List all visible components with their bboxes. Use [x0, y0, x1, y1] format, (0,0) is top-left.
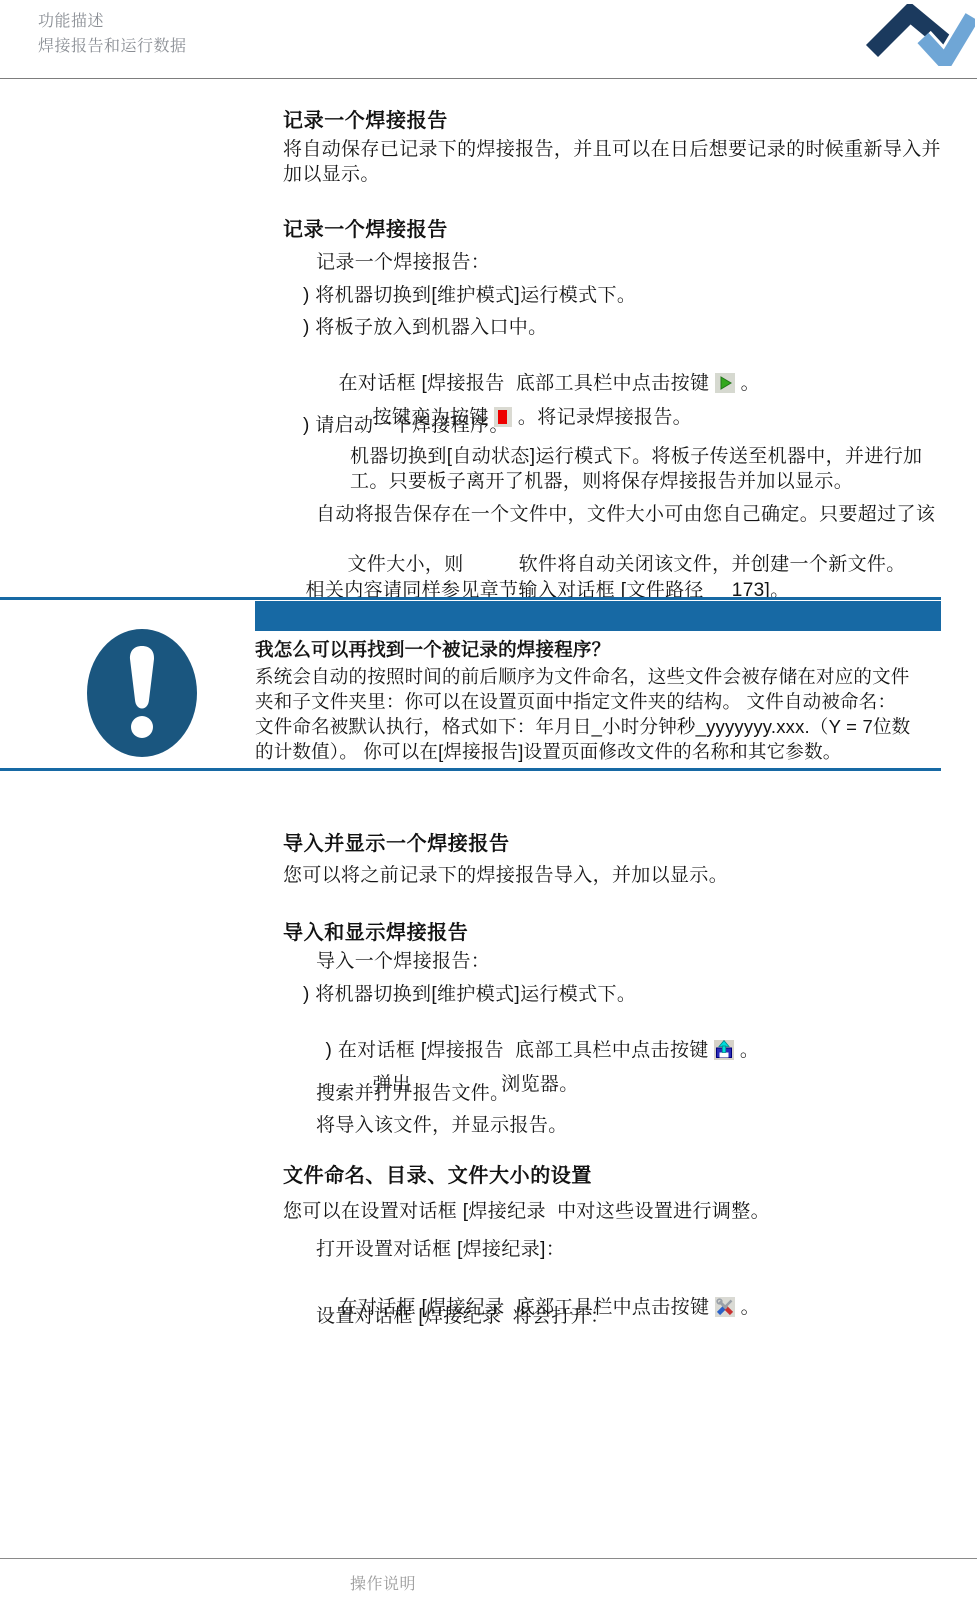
record-task-label: 记录一个焊接报告：	[316, 250, 490, 275]
record-result-1-tail: 。将记录焊接报告。	[512, 407, 692, 428]
settings-intro: 您可以在设置对话框 [焊接纪录 中对这些设置进行调整。	[283, 1199, 770, 1224]
record-step-3-period: 。	[735, 373, 760, 394]
note-bottom-rule	[0, 768, 941, 771]
note-question: 我怎么可以再找到一个被记录的焊接程序？	[255, 637, 610, 662]
header-doc-type: 功能描述	[38, 8, 104, 31]
play-button-icon	[715, 373, 735, 393]
record-step-2: ) 将板子放入到机器入口中。	[303, 315, 548, 340]
import-task-label: 导入一个焊接报告：	[316, 949, 490, 974]
company-logo-icon	[845, 4, 975, 66]
import-section-title: 导入并显示一个焊接报告	[283, 827, 510, 856]
record-step-1: ) 将机器切换到[维护模式]运行模式下。	[303, 283, 636, 308]
settings-tools-button-icon	[715, 1297, 735, 1317]
header-chapter: 焊接报告和运行数据	[38, 33, 187, 56]
note-title-bar: 提示	[255, 601, 941, 631]
note-body-line4: 的计数值）。 你可以在[焊接报告]设置页面修改文件的名称和其它参数。	[255, 739, 841, 764]
settings-section-title: 文件命名、目录、文件大小的设置	[283, 1159, 592, 1188]
footer-label: 操作说明	[350, 1571, 416, 1594]
settings-task-label: 打开设置对话框 [焊接纪录]：	[316, 1237, 565, 1262]
file-size-note-line1: 自动将报告保存在一个文件中，文件大小可由您自己确定。只要超过了该	[316, 502, 935, 527]
note-body-line2: 夹和子文件夹里：你可以在设置页面中指定文件夹的结构。 文件自动被命名：	[255, 689, 896, 714]
import-intro: 您可以将之前记录下的焊接报告导入，并加以显示。	[283, 863, 728, 888]
record-subsection-title: 记录一个焊接报告	[283, 213, 448, 242]
record-section-title: 记录一个焊接报告	[283, 104, 448, 133]
manual-page: 功能描述 焊接报告和运行数据 记录一个焊接报告 将自动保存已记录下的焊接报告，并…	[0, 0, 977, 1606]
record-result-2-line1: 机器切换到[自动状态]运行模式下。将板子传送至机器中，并进行加	[350, 444, 922, 469]
settings-step-1-period: 。	[735, 1297, 760, 1318]
header-divider	[0, 78, 977, 79]
settings-step-2: 设置对话框 [焊接纪录 将会打开：	[316, 1304, 609, 1329]
import-subsection-title: 导入和显示焊接报告	[283, 916, 468, 945]
note-body-line1: 系统会自动的按照时间的前后顺序为文件命名，这些文件会被存储在对应的文件	[255, 664, 910, 689]
footer-divider	[0, 1558, 977, 1559]
record-intro-line1: 将自动保存已记录下的焊接报告，并且可以在日后想要记录的时候重新导入并	[283, 137, 941, 162]
record-result-2-line2: 工。只要板子离开了机器，则将保存焊接报告并加以显示。	[350, 469, 853, 494]
import-step-2-period: 。	[734, 1040, 759, 1061]
import-step-1: ) 将机器切换到[维护模式]运行模式下。	[303, 982, 636, 1007]
note-body-line3: 文件命名被默认执行，格式如下：年月日_小时分钟秒_yyyyyyy.xxx.（Y …	[255, 714, 910, 739]
import-step-3: 搜索并打开报告文件。	[316, 1081, 510, 1106]
import-report-button-icon	[714, 1040, 734, 1060]
record-intro-line2: 加以显示。	[283, 162, 380, 187]
note-top-rule	[0, 597, 941, 600]
record-step-4: ) 请启动一个焊接程序。	[303, 413, 509, 438]
import-step-4: 将导入该文件，并显示报告。	[316, 1113, 568, 1138]
note-exclamation-icon	[68, 628, 198, 758]
